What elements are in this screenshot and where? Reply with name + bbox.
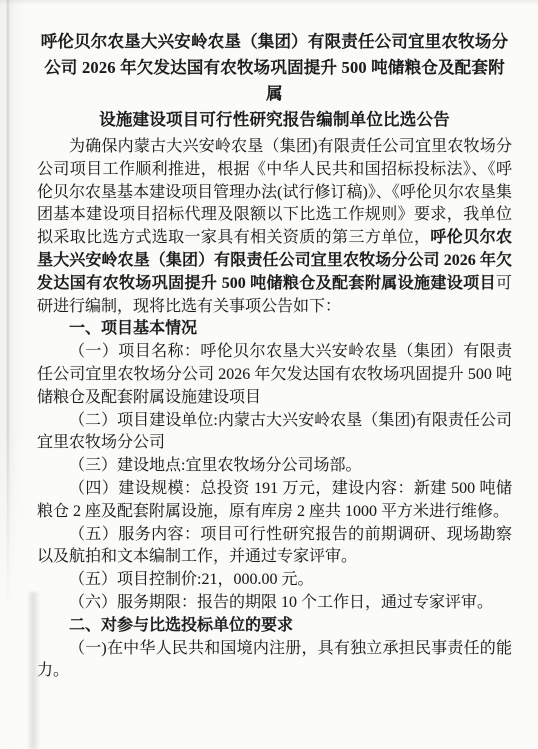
section-1-heading: 一、项目基本情况 xyxy=(37,318,512,341)
text-run: （四）建设规模：总投资 191 万元，建设内容：新建 500 吨储粮仓 2 座及… xyxy=(37,480,512,520)
document-title: 呼伦贝尔农垦大兴安岭农垦（集团）有限责任公司宜里农牧场分公司 2026 年欠发达… xyxy=(37,29,512,133)
text-run: （五）项目控制价:21，000.00 元。 xyxy=(69,571,313,588)
document-page: 呼伦贝尔农垦大兴安岭农垦（集团）有限责任公司宜里农牧场分公司 2026 年欠发达… xyxy=(0,0,538,749)
text-run: （三）建设地点:宜里农牧场分公司场部。 xyxy=(69,457,361,474)
document-body: 为确保内蒙古大兴安岭农垦（集团)有限责任公司宜里农牧场分公司项目工作顺利推进，根… xyxy=(37,136,512,683)
item-service-period: （六）服务期限：报告的期限 10 个工作日，通过专家评审。 xyxy=(37,592,512,615)
item-construction-unit: （二）项目建设单位:内蒙古大兴安岭农垦（集团)有限责任公司宜里农牧场分公司 xyxy=(37,410,512,456)
title-line: 公司 2026 年欠发达国有农牧场巩固提升 500 吨储粮仓及配套附属 xyxy=(37,55,512,107)
text-run-bold: 二、对参与比选投标单位的要求 xyxy=(69,617,293,634)
title-line: 呼伦贝尔农垦大兴安岭农垦（集团）有限责任公司宜里农牧场分 xyxy=(37,29,512,55)
text-run: （一)在中华人民共和国境内注册，具有独立承担民事责任的能力。 xyxy=(37,640,512,680)
text-run: （五）服务内容：项目可行性研究报告的前期调研、现场勘察以及航拍和文本编制工作，并… xyxy=(37,526,512,566)
document-content: 呼伦贝尔农垦大兴安岭农垦（集团）有限责任公司宜里农牧场分公司 2026 年欠发达… xyxy=(37,29,512,683)
text-run: （二）项目建设单位:内蒙古大兴安岭农垦（集团)有限责任公司宜里农牧场分公司 xyxy=(37,412,512,452)
text-run: （六）服务期限：报告的期限 10 个工作日，通过专家评审。 xyxy=(69,594,493,611)
item-project-name: （一）项目名称：呼伦贝尔农垦大兴安岭农垦（集团）有限责任公司宜里农牧场分公司 2… xyxy=(37,341,512,409)
scan-top-edge xyxy=(0,0,538,5)
text-run-bold: 一、项目基本情况 xyxy=(69,320,197,337)
item-registration-requirement: （一)在中华人民共和国境内注册，具有独立承担民事责任的能力。 xyxy=(37,638,512,684)
scan-edge-fade xyxy=(0,430,28,749)
item-control-price: （五）项目控制价:21，000.00 元。 xyxy=(37,569,512,592)
section-2-heading: 二、对参与比选投标单位的要求 xyxy=(37,615,512,638)
intro-paragraph: 为确保内蒙古大兴安岭农垦（集团)有限责任公司宜里农牧场分公司项目工作顺利推进，根… xyxy=(37,136,512,318)
item-service-content: （五）服务内容：项目可行性研究报告的前期调研、现场勘察以及航拍和文本编制工作，并… xyxy=(37,524,512,570)
text-run: （一）项目名称：呼伦贝尔农垦大兴安岭农垦（集团）有限责任公司宜里农牧场分公司 2… xyxy=(37,343,512,406)
item-scale: （四）建设规模：总投资 191 万元，建设内容：新建 500 吨储粮仓 2 座及… xyxy=(37,478,512,524)
item-location: （三）建设地点:宜里农牧场分公司场部。 xyxy=(37,455,512,478)
title-line: 设施建设项目可行性研究报告编制单位比选公告 xyxy=(37,107,512,133)
